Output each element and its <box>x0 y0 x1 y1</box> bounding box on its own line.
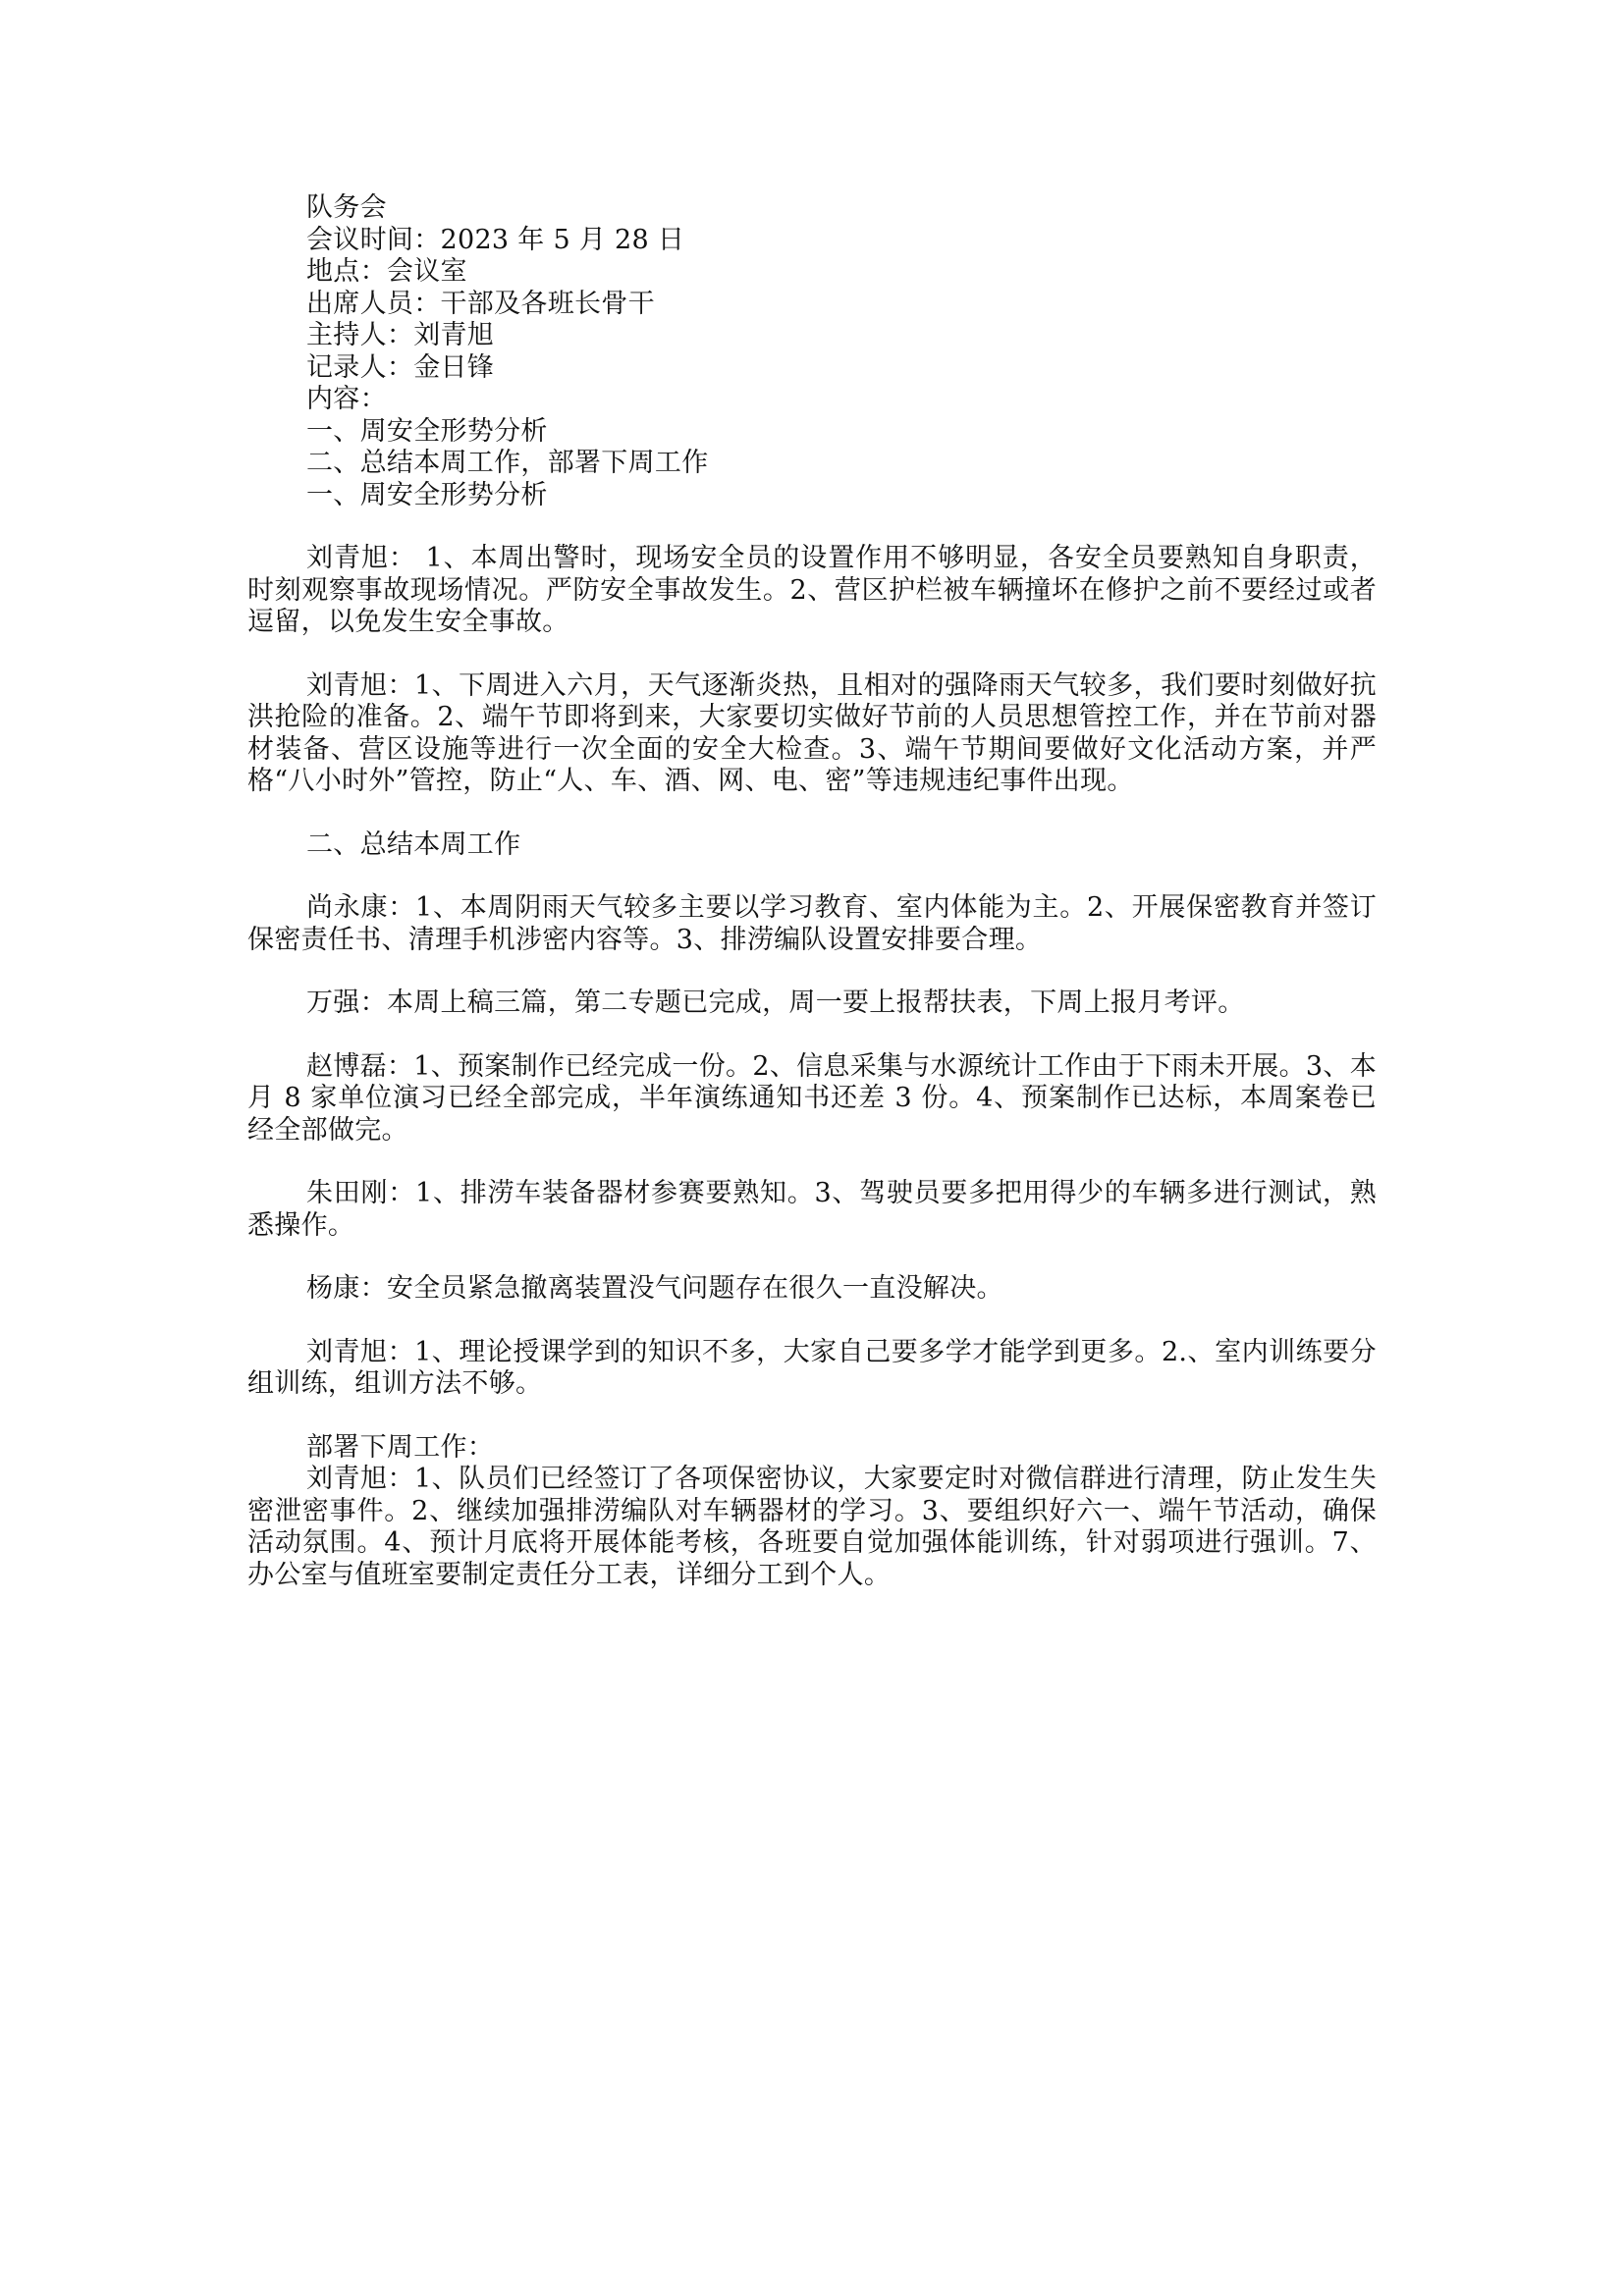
paragraph-summary: 赵博磊：1、预案制作已经完成一份。2、信息采集与水源统计工作由于下雨未开展。3、… <box>247 1051 1377 1148</box>
paragraph-next-week: 刘青旭：1、队员们已经签订了各项保密协议，大家要定时对微信群进行清理，防止发生失… <box>247 1464 1377 1591</box>
meeting-time: 会议时间：2023 年 5 月 28 日 <box>247 225 1377 257</box>
meeting-host: 主持人：刘青旭 <box>247 320 1377 352</box>
meeting-recorder: 记录人：金日锋 <box>247 352 1377 385</box>
agenda-item: 一、周安全形势分析 <box>247 416 1377 449</box>
paragraph-safety-1: 刘青旭： 1、本周出警时，现场安全员的设置作用不够明显，各安全员要熟知自身职责，… <box>247 543 1377 639</box>
content-label: 内容： <box>247 384 1377 416</box>
paragraph-safety-2: 刘青旭：1、下周进入六月，天气逐渐炎热，且相对的强降雨天气较多，我们要时刻做好抗… <box>247 670 1377 798</box>
paragraph-summary: 尚永康：1、本周阴雨天气较多主要以学习教育、室内体能为主。2、开展保密教育并签订… <box>247 892 1377 956</box>
paragraph-summary: 刘青旭：1、理论授课学到的知识不多，大家自己要多学才能学到更多。2.、室内训练要… <box>247 1337 1377 1401</box>
document-title: 队务会 <box>247 192 1377 225</box>
agenda-item: 二、总结本周工作，部署下周工作 <box>247 448 1377 480</box>
paragraph-summary: 朱田刚：1、排涝车装备器材参赛要熟知。3、驾驶员要多把用得少的车辆多进行测试，熟… <box>247 1178 1377 1242</box>
paragraph-summary: 万强：本周上稿三篇，第二专题已完成，周一要上报帮扶表，下周上报月考评。 <box>247 988 1377 1020</box>
meeting-attendees: 出席人员：干部及各班长骨干 <box>247 289 1377 321</box>
section-heading-next-week: 部署下周工作： <box>247 1432 1377 1465</box>
paragraph-summary: 杨康：安全员紧急撤离装置没气问题存在很久一直没解决。 <box>247 1273 1377 1306</box>
section-heading-safety: 一、周安全形势分析 <box>247 480 1377 512</box>
meeting-place: 地点：会议室 <box>247 256 1377 289</box>
meeting-minutes-page: 队务会 会议时间：2023 年 5 月 28 日 地点：会议室 出席人员：干部及… <box>247 192 1377 1623</box>
section-heading-summary: 二、总结本周工作 <box>247 829 1377 862</box>
